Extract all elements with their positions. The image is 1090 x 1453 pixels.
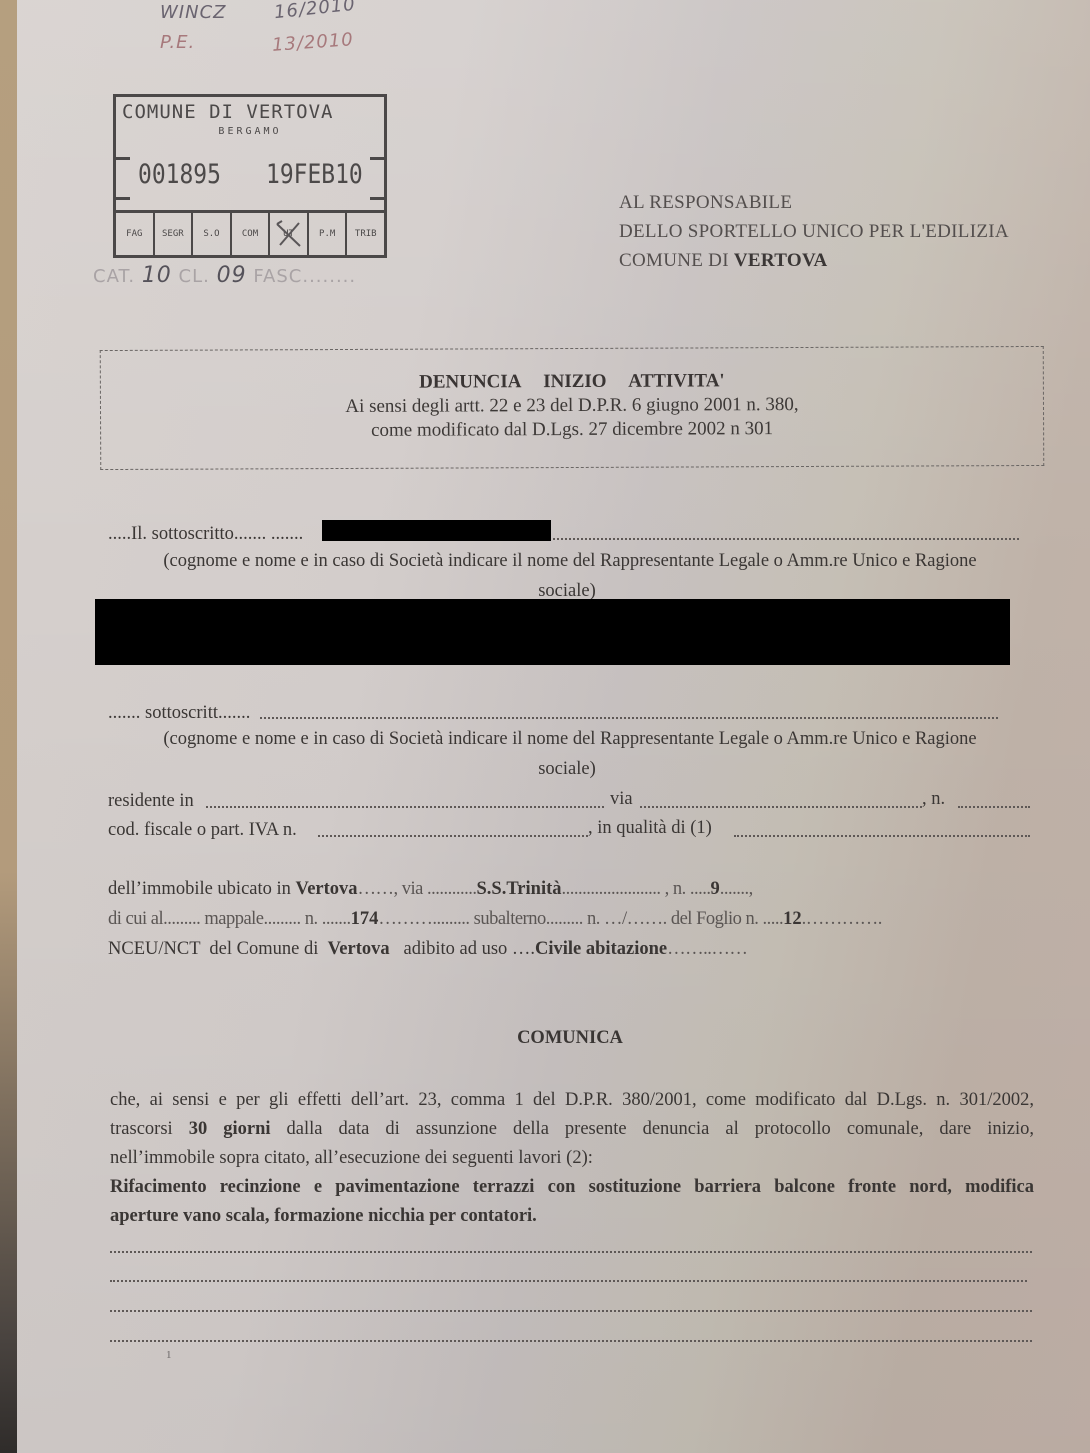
property-cadastral-line: di cui al......... mappale......... n. .… [108,909,882,930]
addressee-line-2: DELLO SPORTELLO UNICO PER L'EDILIZIA [619,217,1009,246]
stamp-classification: CAT. 10 CL. 09 FASC........ [93,263,356,288]
blank-line-1 [110,1251,1032,1253]
qualita-fill-line [734,835,1030,837]
document-subtitle-1: Ai sensi degli artt. 22 e 23 del D.P.R. … [101,393,1043,419]
redacted-applicant-name [322,520,551,541]
uso-label: adibito ad uso …. [390,939,535,959]
residente-fill-line [206,806,604,808]
check-mark-icon [274,218,304,248]
nceu-label: NCEU/NCT del Comune di [108,939,328,959]
cat-label: CAT. [93,266,135,287]
property-use-line: NCEU/NCT del Comune di Vertova adibito a… [108,939,747,960]
blank-line-3 [110,1310,1032,1312]
uso-tail: ……..…… [667,939,747,959]
codice-fiscale-label: cod. fiscale o part. IVA n. [108,820,297,841]
via-label: ……, via ............ [358,879,477,899]
handwritten-note-label-2: P.E. [160,32,195,53]
para2-prefix: trascorsi [110,1119,189,1139]
mappale-value: 174 [351,909,379,929]
addressee-comune: VERTOVA [734,250,828,271]
comunica-para-2: trascorsi 30 giorni dalla data di assunz… [110,1115,1034,1144]
number-fill-line [958,806,1030,808]
applicant2-fill-line [260,717,998,719]
comunica-heading: COMUNICA [110,1028,1030,1049]
document-subtitle-2: come modificato dal D.Lgs. 27 dicembre 2… [101,417,1043,443]
applicant2-label: ....... sottoscritt....... [108,703,250,724]
via-value: S.S.Trinità [477,879,562,899]
addressee-line-3: COMUNE DI VERTOVA [619,246,1009,275]
page-edge-background [0,0,17,1453]
applicant2-hint-end: sociale) [108,759,1026,780]
stamp-cell-checked: UT [270,213,309,255]
works-description-line-1: Rifacimento recinzione e pavimentazione … [110,1173,1034,1202]
blank-line-2 [110,1280,1027,1282]
residente-label: residente in [108,791,194,812]
via-fill-line [640,806,922,808]
cl-label: CL. [179,266,210,287]
ubicato-label: dell’immobile ubicato in [108,879,296,899]
mappale-label: di cui al......... mappale......... n. .… [108,909,351,929]
applicant1-label: .....Il. sottoscritto....... ....... [108,524,303,545]
blank-line-4 [110,1340,1032,1342]
document-title: DENUNCIA INIZIO ATTIVITA' [101,369,1043,395]
number-label: , n. [922,789,945,810]
codice-fiscale-fill-line [318,835,588,837]
addressee-prefix: COMUNE DI [619,250,734,271]
comune-value: Vertova [328,939,390,959]
applicant2-hint: (cognome e nome e in caso di Società ind… [108,729,1032,750]
stamp-office-cells: FAG SEGR S.O COM UT P.M TRIB [116,210,384,255]
handwritten-note-label-1: WINCZ [160,2,226,23]
para2-days: 30 giorni [189,1119,271,1139]
stamp-comune: COMUNE DI VERTOVA [122,101,333,123]
comunica-para-1: che, ai sensi e per gli effetti dell’art… [110,1086,1034,1115]
civic-number-value: 9 [711,879,720,899]
works-description-line-2: aperture vano scala, formazione nicchia … [110,1202,1034,1231]
cl-value: 09 [217,263,247,288]
subalterno-foglio-label: ………......... subalterno......... n. …/……… [378,909,783,929]
civic-number-label: ........................ , n. ..... [562,879,711,899]
addressee-line-1: AL RESPONSABILE [619,188,1009,217]
stamp-cell: S.O [193,213,232,255]
stamp-cell: P.M [309,213,348,255]
via-label: via [610,789,633,810]
stamp-cell: FAG [116,213,155,255]
stamp-province: BERGAMO [116,126,384,137]
stamp-cell: SEGR [155,213,194,255]
comunica-para-3: nell’immobile sopra citato, all’esecuzio… [110,1144,1034,1173]
para2-suffix: dalla data di assunzione della presente … [271,1119,1034,1139]
stamp-cell: COM [232,213,271,255]
comunica-body: che, ai sensi e per gli effetti dell’art… [110,1086,1034,1231]
uso-value: Civile abitazione [535,939,667,959]
document-title-box: DENUNCIA INIZIO ATTIVITA' Ai sensi degli… [100,346,1045,470]
page-mark: 1 [166,1349,172,1361]
qualita-label: , in qualità di (1) [588,818,712,839]
ubicato-value: Vertova [296,879,358,899]
property-location-line: dell’immobile ubicato in Vertova……, via … [108,879,753,900]
addressee-block: AL RESPONSABILE DELLO SPORTELLO UNICO PE… [619,188,1009,275]
stamp-protocol-number: 001895 [138,159,221,190]
fasc-label: FASC........ [253,266,356,287]
cat-value: 10 [142,263,172,288]
foglio-value: 12 [783,909,802,929]
redacted-applicant-details [95,599,1010,665]
foglio-tail: .…………. [802,909,882,929]
stamp-date: 19FEB10 [266,159,363,190]
applicant1-fill-line [553,538,1019,540]
stamp-cell: TRIB [347,213,384,255]
protocol-stamp: COMUNE DI VERTOVA BERGAMO 001895 19FEB10… [113,94,387,258]
civic-number-tail: ......., [720,879,753,899]
applicant1-hint: (cognome e nome e in caso di Società ind… [108,551,1032,572]
